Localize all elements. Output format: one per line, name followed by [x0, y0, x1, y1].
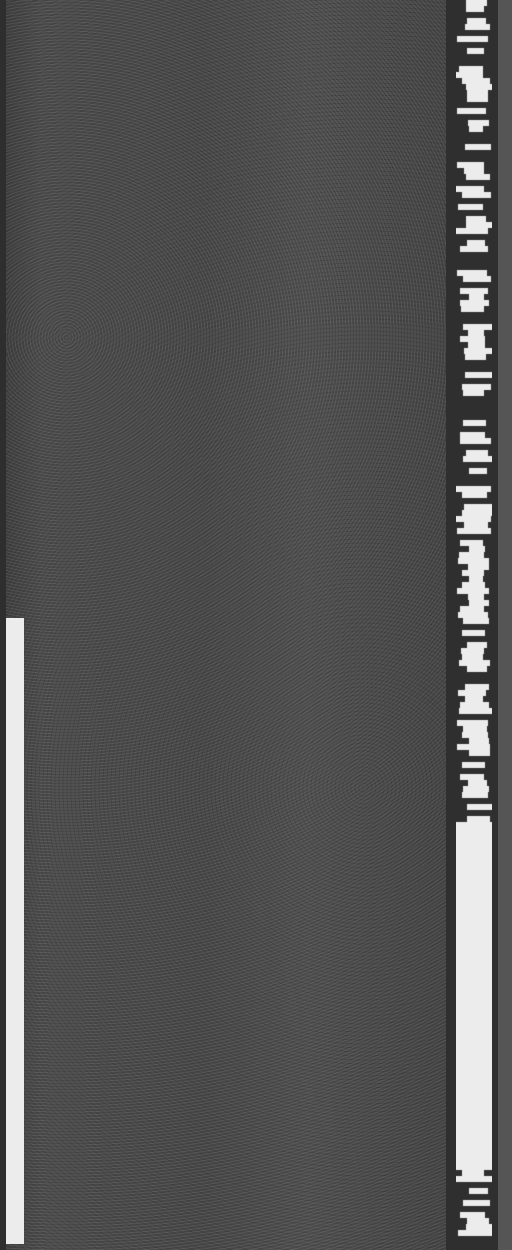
left-lane-marking: [6, 618, 24, 1244]
right-worn-lane-marking: [456, 0, 492, 1250]
right-road-edge: [498, 0, 512, 1250]
asphalt-surface: [0, 0, 512, 1250]
